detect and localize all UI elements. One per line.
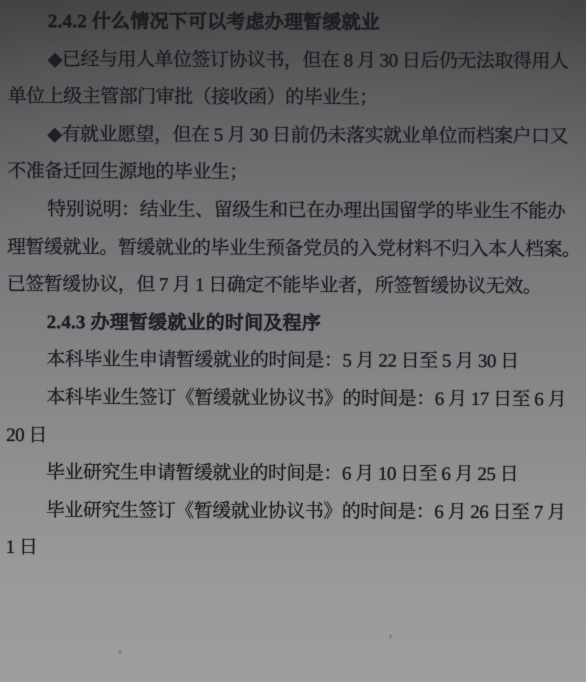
text-line: 毕业研究生申请暂缓就业的时间是：6 月 10 日至 6 月 25 日	[6, 454, 584, 494]
text-line: 单位上级主管部门审批（接收函）的毕业生；	[8, 78, 586, 118]
text-layer: 2.4.2 什么情况下可以考虑办理暂缓就业◆已经与用人单位签订协议书，但在 8 …	[6, 3, 586, 569]
text-line: 毕业研究生签订《暂缓就业协议书》的时间是：6 月 26 日至 7 月	[6, 492, 584, 532]
paper-speck	[389, 634, 392, 639]
text-line: 已签暂缓协议，但 7 月 1 日确定不能毕业者，所签暂缓协议无效。	[7, 266, 585, 306]
text-line: 本科毕业生签订《暂缓就业协议书》的时间是：6 月 17 日至 6 月	[6, 379, 584, 419]
text-line: ◆有就业愿望，但在 5 月 30 日前仍未落实就业单位而档案户口又	[7, 116, 585, 156]
text-line: 本科毕业生申请暂缓就业的时间是：5 月 22 日至 5 月 30 日	[6, 341, 584, 381]
document-photo: 2.4.2 什么情况下可以考虑办理暂缓就业◆已经与用人单位签订协议书，但在 8 …	[0, 0, 586, 682]
text-line: 20 日	[6, 417, 584, 457]
text-line: 理暂缓就业。暂缓就业的毕业生预备党员的入党材料不归入本人档案。	[7, 229, 585, 269]
section-heading: 2.4.2 什么情况下可以考虑办理暂缓就业	[8, 3, 586, 43]
text-line: 1 日	[6, 529, 584, 569]
text-line: ◆已经与用人单位签订协议书，但在 8 月 30 日后仍无法取得用人	[8, 41, 586, 81]
text-line: 特别说明：结业生、留级生和已在办理出国留学的毕业生不能办	[7, 191, 585, 231]
text-line: 不准备迁回生源地的毕业生；	[7, 153, 585, 193]
section-heading: 2.4.3 办理暂缓就业的时间及程序	[7, 304, 585, 344]
paper-speck	[118, 650, 122, 654]
